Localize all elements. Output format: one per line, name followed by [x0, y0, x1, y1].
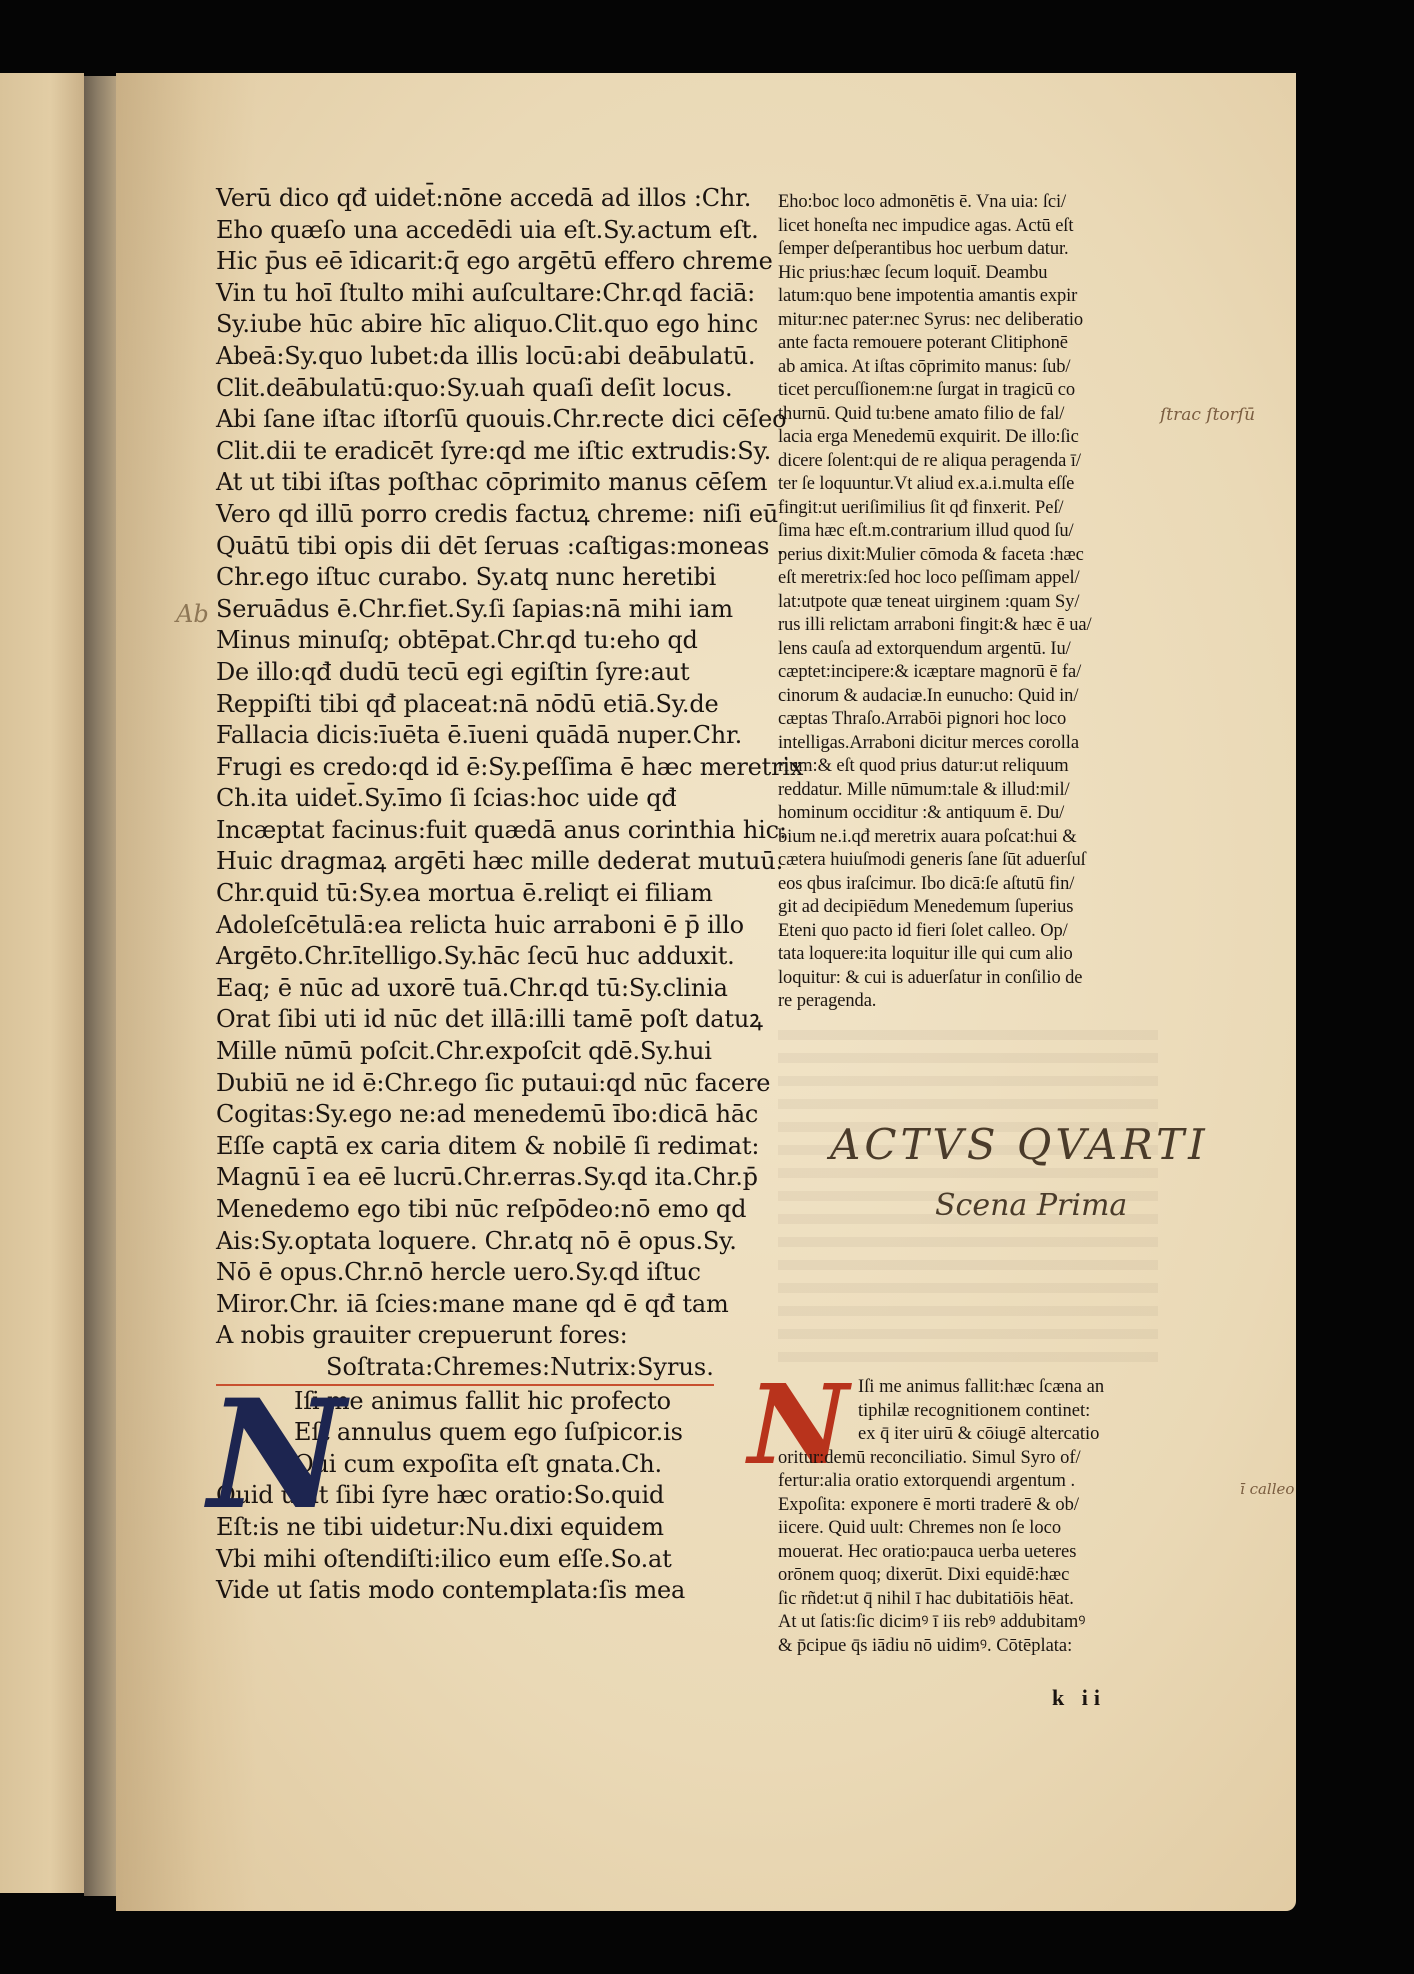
text-line: Argēto.Chr.ītelligo.Sy.hāc ſecū huc addu… — [216, 941, 736, 973]
text-line: Hic prius:hæc ſecum loquit̄. Deambu — [778, 262, 1168, 286]
text-line: ſemper deſperantibus hoc uerbum datur. — [778, 238, 1168, 262]
text-line: git ad decipiēdum Menedemum ſuperius — [778, 896, 1168, 920]
text-line: latum:quo bene impotentia amantis expir — [778, 285, 1168, 309]
handwritten-act-heading: ACTVS QVARTI — [830, 1120, 1209, 1169]
text-line: ſic rñdet:ut q̄ nihil ī hac dubitatiōis … — [778, 1588, 1168, 1612]
text-line: Vero qd illū porro credis factuꝝ chreme:… — [216, 499, 736, 531]
text-line: eſt meretrix:ſed hoc loco peſſimam appel… — [778, 567, 1168, 591]
signature-mark: k ii — [1052, 1685, 1106, 1711]
text-line: Expoſita: exponere ē morti traderē & ob/ — [778, 1494, 1168, 1518]
text-line: bium ne.i.qđ meretrix auara poſcat:hui & — [778, 826, 1168, 850]
text-line: Orat ſibi uti id nūc det illā:illi tamē … — [216, 1004, 736, 1036]
text-line: De illo:qđ dudū tecū egi egiſtin ſyre:au… — [216, 657, 736, 689]
text-line: rus illi relictam arraboni fingit:& hæc … — [778, 614, 1168, 638]
text-line: & p̄cipue q̄s iādiu nō uidimꝰ. Cōtēplata… — [778, 1635, 1168, 1659]
margin-note-right-bottom: ī calleo — [1240, 1480, 1294, 1498]
text-line: Clit.deābulatū:quo:Sy.uah quaſi deſit lo… — [216, 373, 736, 405]
left-page-edge — [0, 73, 84, 1893]
commentary-column-top: Eho:boc loco admonētis ē. Vna uia: ſci/l… — [778, 191, 1168, 1014]
text-line: reddatur. Mille nūmum:tale & illud:mil/ — [778, 779, 1168, 803]
text-line: ter ſe loquuntur.Vt aliud ex.a.i.multa e… — [778, 473, 1168, 497]
text-line: ticet percuſſionem:ne ſurgat in tragicū … — [778, 379, 1168, 403]
text-line: A nobis grauiter crepuerunt fores: — [216, 1320, 736, 1352]
text-line: Reppiſti tibi qđ placeat:nā nōdū etiā.Sy… — [216, 689, 736, 721]
text-line: Fallacia dicis:īuēta ē.īueni quādā nuper… — [216, 720, 736, 752]
text-line: cæptas Thraſo.Arrabōi pignori hoc loco — [778, 708, 1168, 732]
text-line: fertur:alia oratio extorquendi argentum … — [778, 1470, 1168, 1494]
margin-note-left: Ab — [176, 600, 209, 628]
text-line: Dubiū ne id ē:Chr.ego ſic putaui:qd nūc … — [216, 1068, 736, 1100]
text-line: perius dixit:Mulier cōmoda & faceta :hæc — [778, 544, 1168, 568]
text-line: lacia erga Menedemū exquirit. De illo:ſi… — [778, 426, 1168, 450]
text-line: oritur:demū reconciliatio. Simul Syro of… — [778, 1447, 1168, 1471]
text-line: Ch.ita uidet̄.Sy.īmo ſi ſcias:hoc uide q… — [216, 783, 736, 815]
text-line: thurnū. Quid tu:bene amato filio de fal/ — [778, 403, 1168, 427]
text-line: ex q̄ iter uirū & cōiugē altercatio — [858, 1423, 1168, 1447]
text-line: tata loquere:ita loquitur ille qui cum a… — [778, 943, 1168, 967]
text-line: Nō ē opus.Chr.nō hercle uero.Sy.qd iſtuc — [216, 1257, 736, 1289]
commentary-column-bottom: Iſi me animus fallit:hæc ſcæna antiphilæ… — [778, 1376, 1168, 1658]
text-line: cætera huiuſmodi generis ſane ſūt aduerſ… — [778, 849, 1168, 873]
text-line: mouerat. Hec oratio:pauca uerba ueteres — [778, 1541, 1168, 1565]
text-line: Frugi es credo:qd id ē:Sy.peſſima ē hæc … — [216, 752, 736, 784]
text-line: hominum occiditur :& antiquum ē. Du/ — [778, 802, 1168, 826]
text-line: Cogitas:Sy.ego ne:ad menedemū ībo:dicā h… — [216, 1099, 736, 1131]
main-text-lines: Verū dico qđ uidet̄:nōne accedā ad illos… — [216, 183, 736, 1352]
text-line: cinorum & audaciæ.In eunucho: Quid in/ — [778, 685, 1168, 709]
text-line: Ais:Sy.optata loquere. Chr.atq nō ē opus… — [216, 1226, 736, 1258]
text-line: Eaq; ē nūc ad uxorē tuā.Chr.qd tū:Sy.cli… — [216, 973, 736, 1005]
text-line: Incæptat facinus:fuit quædā anus corinth… — [216, 815, 736, 847]
text-line: Vbi mihi oſtendiſti:ilico eum eſſe.So.at — [216, 1544, 736, 1576]
main-text-column: Verū dico qđ uidet̄:nōne accedā ad illos… — [216, 183, 736, 1607]
text-line: rium:& eſt quod prius datur:ut reliquum — [778, 755, 1168, 779]
text-line: Seruādus ē.Chr.fiet.Sy.ſi ſapias:nā mihi… — [216, 594, 736, 626]
text-line: Mille nūmū poſcit.Chr.expoſcit qdē.Sy.hu… — [216, 1036, 736, 1068]
text-line: lens cauſa ad extorquendum argentū. Iu/ — [778, 638, 1168, 662]
text-line: tiphilæ recognitionem continet: — [858, 1400, 1168, 1424]
text-line: Chr.ego iſtuc curabo. Sy.atq nunc hereti… — [216, 562, 736, 594]
text-line: ante facta remouere poterant Clitiphonē — [778, 332, 1168, 356]
text-line: Clit.dii te eradicēt ſyre:qd me iſtic ex… — [216, 436, 736, 468]
text-line: mitur:nec pater:nec Syrus: nec deliberat… — [778, 309, 1168, 333]
text-line: Menedemo ego tibi nūc reſpōdeo:nō emo qd — [216, 1194, 736, 1226]
text-line: Abi ſane iſtac iſtorſū quouis.Chr.recte … — [216, 404, 736, 436]
text-line: Vide ut ſatis modo contemplata:ſis mea — [216, 1575, 736, 1607]
text-line: Iſi me animus fallit:hæc ſcæna an — [858, 1376, 1168, 1400]
text-line: loquitur: & cui is aduerſatur in conſili… — [778, 967, 1168, 991]
text-line: Magnū ī ea eē lucrū.Chr.erras.Sy.qd ita.… — [216, 1162, 736, 1194]
margin-note-right-top: ſtrac ſtorſū — [1160, 405, 1255, 425]
text-line: licet honeſta nec impudice agas. Actū eſ… — [778, 215, 1168, 239]
text-line: ab amica. At iſtas cōprimito manus: ſub/ — [778, 356, 1168, 380]
scene-block: Soſtrata:Chremes:Nutrix:Syrus. N Iſi me … — [216, 1352, 736, 1607]
text-line: Miror.Chr. iā ſcies:mane mane qd ē qđ ta… — [216, 1289, 736, 1321]
text-line: Chr.quid tū:Sy.ea mortua ē.reliqt ei fil… — [216, 878, 736, 910]
text-line: intelligas.Arraboni dicitur merces corol… — [778, 732, 1168, 756]
text-line: Eho:boc loco admonētis ē. Vna uia: ſci/ — [778, 191, 1168, 215]
text-line: Hic p̄us eē īdicarit:q̄ ego argētū effer… — [216, 246, 736, 278]
text-line: lat:utpote quæ teneat uirginem :quam Sy/ — [778, 591, 1168, 615]
commentary-bottom-indented: Iſi me animus fallit:hæc ſcæna antiphilæ… — [778, 1376, 1168, 1447]
text-line: orōnem quoq; dixerūt. Dixi equidē:hæc — [778, 1564, 1168, 1588]
text-line: Eho quæſo una accedēdi uia eſt.Sy.actum … — [216, 215, 736, 247]
book-gutter — [84, 76, 116, 1896]
text-line: Adoleſcētulā:ea relicta huic arraboni ē … — [216, 910, 736, 942]
text-line: At ut tibi iſtas poſthac cōprimito manus… — [216, 467, 736, 499]
text-line: Abeā:Sy.quo lubet:da illis locū:abi deāb… — [216, 341, 736, 373]
text-line: Huic dragmaꝝ argēti hæc mille dederat mu… — [216, 846, 736, 878]
text-line: eos qbus iraſcimur. Ibo dicā:ſe aſtutū f… — [778, 873, 1168, 897]
handwritten-scene-heading: Sсena Prima — [935, 1188, 1127, 1223]
text-line: Verū dico qđ uidet̄:nōne accedā ad illos… — [216, 183, 736, 215]
text-line: ſima hæc eſt.m.contrarium illud quod ſu/ — [778, 520, 1168, 544]
commentary-bottom-lines: oritur:demū reconciliatio. Simul Syro of… — [778, 1447, 1168, 1659]
blue-initial-letter: N — [208, 1380, 345, 1530]
text-line: Quātū tibi opis dii dēt ſeruas :caſtigas… — [216, 531, 736, 563]
text-line: Vin tu hoī ſtulto mihi auſcultare:Chr.qd… — [216, 278, 736, 310]
text-line: re peragenda. — [778, 990, 1168, 1014]
text-line: Minus minuſq; obtēpat.Chr.qd tu:eho qd — [216, 625, 736, 657]
text-line: At ut ſatis:ſic dicimꝰ ī iis rebꝰ addubi… — [778, 1611, 1168, 1635]
text-line: Eſſe captā ex caria ditem & nobilē ſi re… — [216, 1131, 736, 1163]
text-line: Sy.iube hūc abire hīc aliquo.Clit.quo eg… — [216, 309, 736, 341]
text-line: iicere. Quid uult: Chremes non ſe loco — [778, 1517, 1168, 1541]
text-line: Eteni quo pacto id fieri ſolet calleo. O… — [778, 920, 1168, 944]
text-line: dicere ſolent:qui de re aliqua peragenda… — [778, 450, 1168, 474]
text-line: fingit:ut ueriſimilius ſit qđ finxerit. … — [778, 497, 1168, 521]
text-line: cæptet:incipere:& icæptare magnorū ē fa/ — [778, 661, 1168, 685]
